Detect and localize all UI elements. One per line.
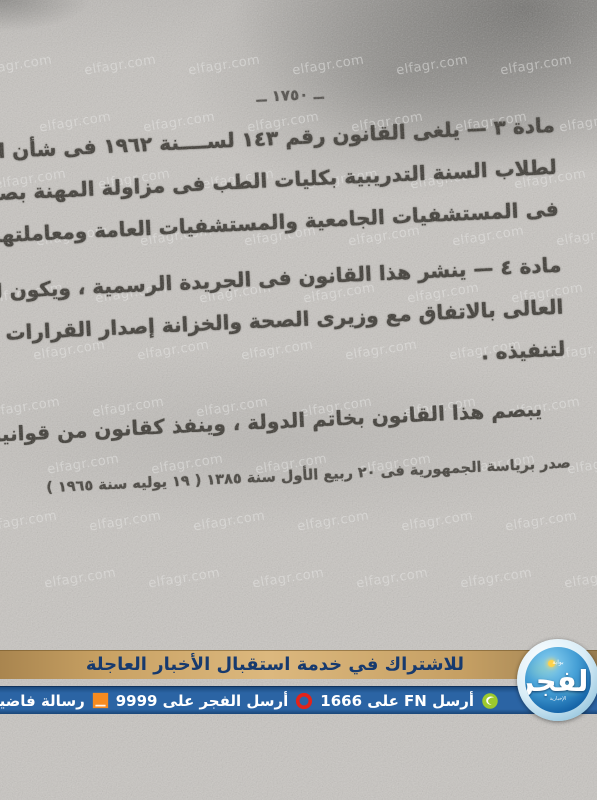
logo-bottom-text: الإخبارية <box>550 696 567 702</box>
watermark-text: elfagr.com <box>395 52 469 78</box>
watermark-text: elfagr.com <box>251 565 325 591</box>
logo-top-text: بوابة <box>552 659 563 666</box>
article-3: مادة ٣ — يلغى القانون رقم ١٤٣ لســــنة ١… <box>28 104 559 255</box>
logo-name-text: الفجر <box>525 666 591 696</box>
watermark-text: elfagr.com <box>83 52 157 78</box>
logo-ring: بوابة الفجر الإخبارية <box>517 639 597 721</box>
sms-label: رسالة فاضية على4529 <box>0 692 85 710</box>
seal-clause-line: يبصم هذا القانون بخاتم الدولة ، وينفذ كق… <box>42 389 543 453</box>
elfagr-logo: بوابة الفجر الإخبارية <box>517 639 597 721</box>
sms-banner: أرسل FN على 1666 أرسل الفجر على 9999 رسا… <box>0 686 597 714</box>
watermark-text: elfagr.com <box>291 52 365 78</box>
orange-icon <box>92 692 109 710</box>
issued-date-line: صدر برياسة الجمهورية فى ٢٠ ربيع الأول سن… <box>45 455 571 496</box>
watermark-text: elfagr.com <box>566 451 597 477</box>
scanned-document-page: elfagr.comelfagr.comelfagr.comelfagr.com… <box>0 0 597 800</box>
vodafone-icon <box>295 692 313 710</box>
subscribe-text: للاشتراك في خدمة استقبال الأخبار العاجلة <box>86 651 464 680</box>
sms-label: أرسل الفجر على 9999 <box>116 692 289 710</box>
watermark-text: elfagr.com <box>555 223 597 249</box>
watermark-text: elfagr.com <box>504 508 578 534</box>
watermark-text: elfagr.com <box>558 109 597 135</box>
watermark-text: elfagr.com <box>43 565 117 591</box>
watermark-text: elfagr.com <box>400 508 474 534</box>
logo-globe: بوابة الفجر الإخبارية <box>525 647 591 713</box>
watermark-text: elfagr.com <box>563 565 597 591</box>
subscribe-banner: للاشتراك في خدمة استقبال الأخبار العاجلة <box>0 650 597 679</box>
watermark-text: elfagr.com <box>192 508 266 534</box>
watermark-text: elfagr.com <box>187 52 261 78</box>
watermark-text: elfagr.com <box>147 565 221 591</box>
etisalat-icon <box>481 692 499 710</box>
watermark-text: elfagr.com <box>355 565 429 591</box>
document-text: ــ ١٧٥٠ ــ مادة ٣ — يلغى القانون رقم ١٤٣… <box>27 74 571 496</box>
article-4: مادة ٤ — ينشر هذا القانون فى الجريدة الر… <box>35 244 566 395</box>
watermark-text: elfagr.com <box>0 52 53 78</box>
watermark-text: elfagr.com <box>0 508 58 534</box>
watermark-text: elfagr.com <box>88 508 162 534</box>
sms-label: أرسل FN على 1666 <box>320 692 474 710</box>
watermark-text: elfagr.com <box>459 565 533 591</box>
watermark-text: elfagr.com <box>296 508 370 534</box>
